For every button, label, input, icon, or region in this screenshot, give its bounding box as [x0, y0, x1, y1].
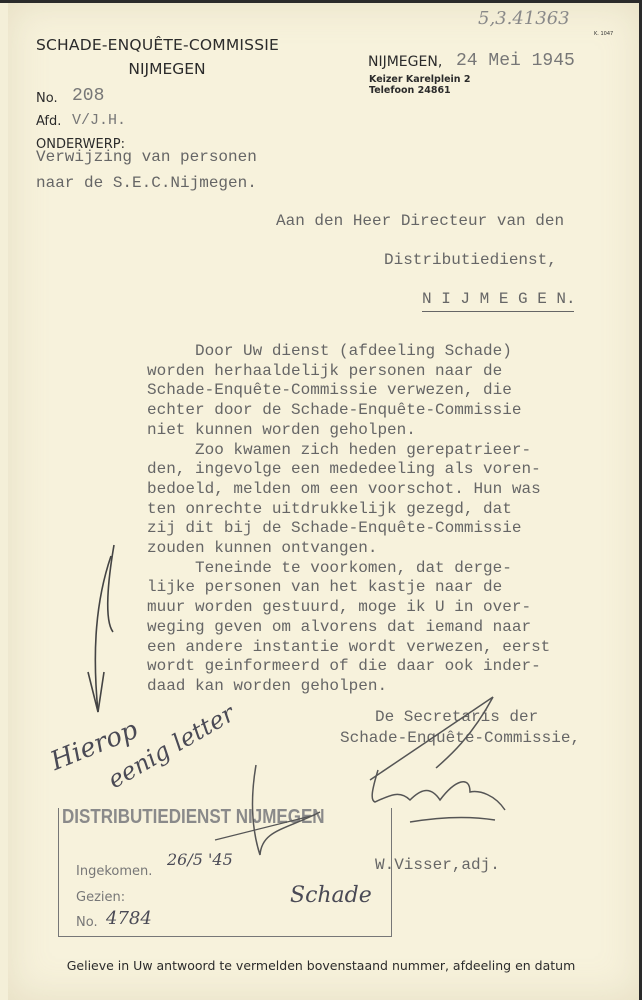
- footer-instruction: Gelieve in Uw antwoord te vermelden bove…: [0, 958, 642, 973]
- ink-marks: [0, 0, 642, 1000]
- signature-stroke-icon: [370, 697, 493, 780]
- initials-icon: [253, 765, 320, 855]
